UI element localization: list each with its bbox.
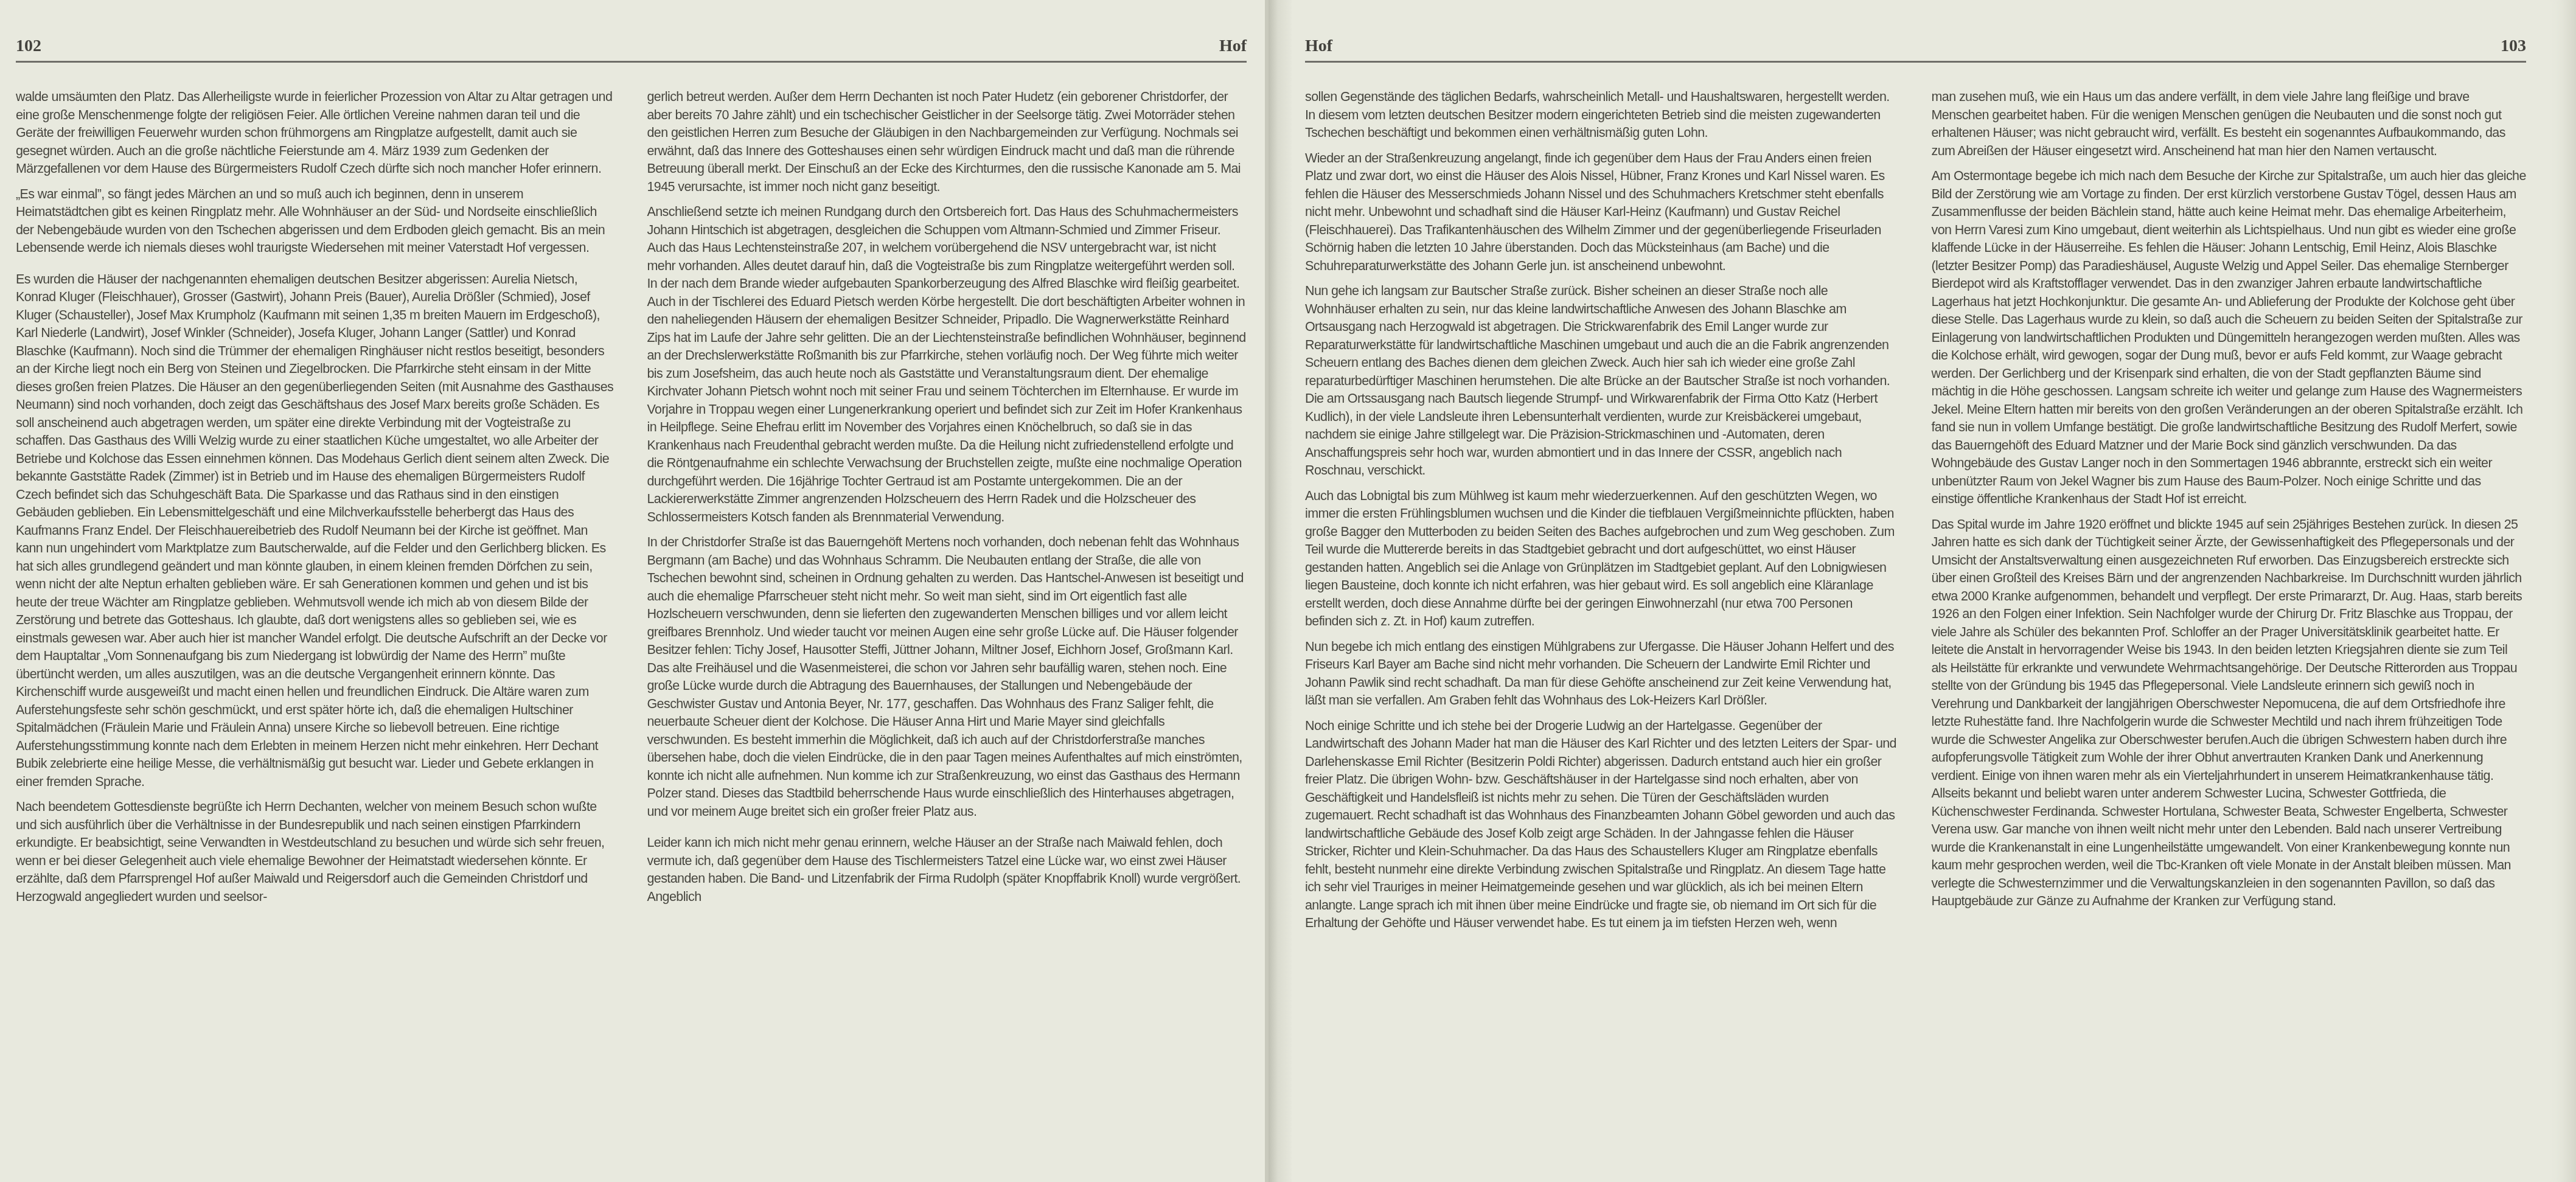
- page-number: 102: [16, 37, 41, 56]
- paragraph: man zusehen muß, wie ein Haus um das and…: [1932, 88, 2527, 160]
- paragraph: „Es war einmal”, so fängt jedes Märchen …: [16, 186, 616, 257]
- paragraph: Anschließend setzte ich meinen Rundgang …: [647, 203, 1247, 526]
- paragraph: Nach beendetem Gottesdienste begrüßte ic…: [16, 798, 616, 906]
- paragraph: Das Spital wurde im Jahre 1920 eröffnet …: [1932, 516, 2527, 911]
- page-number: 103: [2501, 37, 2526, 56]
- left-page: 102 Hof walde umsäumten den Platz. Das A…: [0, 0, 1269, 1182]
- right-page: Hof 103 sollen Gegenstände des täglichen…: [1292, 0, 2576, 1182]
- column-2: gerlich betreut werden. Außer dem Herrn …: [647, 88, 1247, 1170]
- paragraph: sollen Gegenstände des täglichen Bedarfs…: [1305, 88, 1900, 142]
- paragraph: Nun begebe ich mich entlang des einstige…: [1305, 638, 1900, 710]
- paragraph: Am Ostermontage begebe ich mich nach dem…: [1932, 167, 2527, 509]
- book-gutter: [1269, 0, 1292, 1182]
- paragraph: Nun gehe ich langsam zur Bautscher Straß…: [1305, 282, 1900, 480]
- paragraph: Es wurden die Häuser der nachgenannten e…: [16, 271, 616, 791]
- paragraph: Leider kann ich mich nicht mehr genau er…: [647, 834, 1247, 906]
- page-header: Hof 103: [1305, 24, 2526, 63]
- book-spread: 102 Hof walde umsäumten den Platz. Das A…: [0, 0, 2576, 1182]
- column-2: man zusehen muß, wie ein Haus um das and…: [1932, 88, 2527, 1170]
- paragraph: walde umsäumten den Platz. Das Allerheil…: [16, 88, 616, 178]
- text-columns: walde umsäumten den Platz. Das Allerheil…: [16, 88, 1247, 1170]
- paragraph: Auch das Lobnigtal bis zum Mühlweg ist k…: [1305, 487, 1900, 631]
- running-head: Hof: [1219, 37, 1247, 56]
- text-columns: sollen Gegenstände des täglichen Bedarfs…: [1305, 88, 2526, 1170]
- column-1: walde umsäumten den Platz. Das Allerheil…: [16, 88, 616, 1170]
- page-header: 102 Hof: [16, 24, 1247, 63]
- paragraph: gerlich betreut werden. Außer dem Herrn …: [647, 88, 1247, 196]
- paragraph: Noch einige Schritte und ich stehe bei d…: [1305, 717, 1900, 933]
- running-head: Hof: [1305, 37, 1332, 56]
- paragraph: In der Christdorfer Straße ist das Bauer…: [647, 534, 1247, 821]
- paragraph: Wieder an der Straßenkreuzung angelangt,…: [1305, 150, 1900, 276]
- column-1: sollen Gegenstände des täglichen Bedarfs…: [1305, 88, 1900, 1170]
